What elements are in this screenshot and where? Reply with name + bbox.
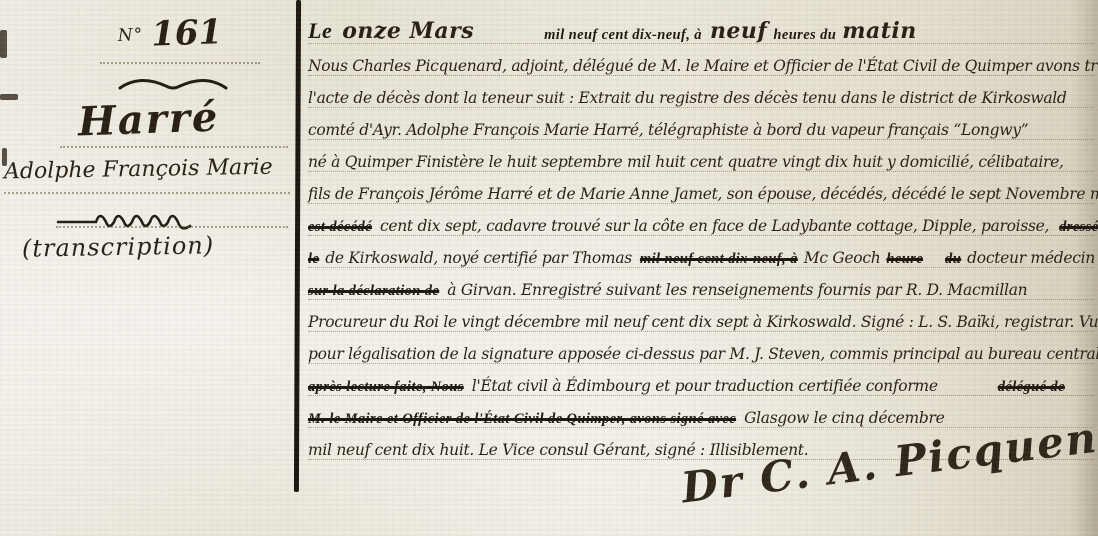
preprinted-form-text: délégué de — [998, 380, 1065, 395]
margin-ruling — [100, 62, 260, 64]
preprinted-form-text: heure — [886, 252, 923, 267]
body-line: Nous Charles Picquenard, adjoint, délégu… — [308, 44, 1094, 76]
preprinted-form-text: mil neuf cent dix-neuf, à — [640, 252, 798, 267]
margin-given-names: Adolphe François Marie — [4, 155, 273, 185]
handwritten-text: matin — [842, 20, 917, 42]
body-line: comté d'Ayr. Adolphe François Marie Harr… — [308, 108, 1094, 140]
preprinted-form-text: dressé — [1059, 220, 1098, 235]
margin-note: (transcription) — [22, 231, 215, 262]
body-line: Procureur du Roi le vingt décembre mil n… — [308, 300, 1094, 332]
act-number: N°161 — [99, 12, 240, 57]
preprinted-form-text: M. le Maire et Officier de l'État Civil … — [308, 412, 736, 427]
body-line: pour légalisation de la signature apposé… — [308, 332, 1094, 364]
preprinted-form-text: heures du — [773, 28, 836, 43]
preprinted-form-text: mil neuf cent dix-neuf, à — [544, 28, 702, 43]
handwritten-text: onze Mars — [342, 20, 474, 42]
handwritten-text: neuf — [710, 20, 767, 42]
handwritten-text: pour légalisation de la signature apposé… — [308, 347, 1098, 363]
body-line: après lecture faite, Nousl'État civil à … — [308, 364, 1094, 396]
edge-smudge — [0, 30, 7, 58]
preprinted-form-text: après lecture faite, Nous — [308, 380, 464, 395]
margin-ruling — [4, 192, 290, 194]
edge-smudge — [0, 94, 18, 100]
act-number-value: 161 — [151, 12, 223, 54]
handwritten-text: né à Quimper Finistère le huit septembre… — [308, 155, 1064, 171]
handwritten-text: l'acte de décès dont la teneur suit : Ex… — [308, 91, 1067, 107]
preprinted-form-text: sur la déclaration de — [308, 284, 439, 299]
handwritten-text: fils de François Jérôme Harré et de Mari… — [308, 187, 1098, 203]
act-body-text: Leonze Marsmil neuf cent dix-neuf, àneuf… — [308, 12, 1094, 460]
document-scan: N°161 Harré Adolphe François Marie (tran… — [0, 0, 1098, 536]
handwritten-text: l'État civil à Édimbourg et pour traduct… — [472, 379, 938, 395]
preprinted-form-text: le — [308, 252, 319, 267]
margin-ruling — [60, 146, 288, 148]
preprinted-form-text: Le — [308, 20, 332, 42]
handwritten-text: Procureur du Roi le vingt décembre mil n… — [308, 315, 1098, 331]
handwritten-text: Mc Geoch — [804, 251, 881, 267]
body-line: lede Kirkoswald, noyé certifié par Thoma… — [308, 236, 1094, 268]
margin-surname: Harré — [77, 94, 220, 146]
body-line: M. le Maire et Officier de l'État Civil … — [308, 396, 1094, 428]
margin-ruling — [56, 226, 288, 228]
handwritten-text: docteur médecin — [967, 251, 1095, 267]
handwritten-text: comté d'Ayr. Adolphe François Marie Harr… — [308, 123, 1028, 139]
preprinted-form-text: du — [945, 252, 961, 267]
handwritten-text: cent dix sept, cadavre trouvé sur la côt… — [380, 219, 1049, 235]
body-line: fils de François Jérôme Harré et de Mari… — [308, 172, 1094, 204]
flourish-ornament — [118, 74, 228, 96]
handwritten-text: de Kirkoswald, noyé certifié par Thomas — [325, 251, 632, 267]
handwritten-text: Glasgow le cinq décembre — [744, 411, 944, 427]
act-number-prefix: N° — [117, 25, 143, 46]
body-line: sur la déclaration deà Girvan. Enregistr… — [308, 268, 1094, 300]
handwritten-text: Nous Charles Picquenard, adjoint, délégu… — [308, 59, 1098, 75]
body-line: l'acte de décès dont la teneur suit : Ex… — [308, 76, 1094, 108]
body-line: Leonze Marsmil neuf cent dix-neuf, àneuf… — [308, 12, 1094, 44]
body-line: né à Quimper Finistère le huit septembre… — [308, 140, 1094, 172]
handwritten-text: mil neuf cent dix huit. Le Vice consul G… — [308, 443, 808, 459]
handwritten-text: à Girvan. Enregistré suivant les renseig… — [447, 283, 1027, 299]
body-line: est décédécent dix sept, cadavre trouvé … — [308, 204, 1094, 236]
margin-separator-rule — [294, 0, 301, 492]
preprinted-form-text: est décédé — [308, 220, 372, 235]
